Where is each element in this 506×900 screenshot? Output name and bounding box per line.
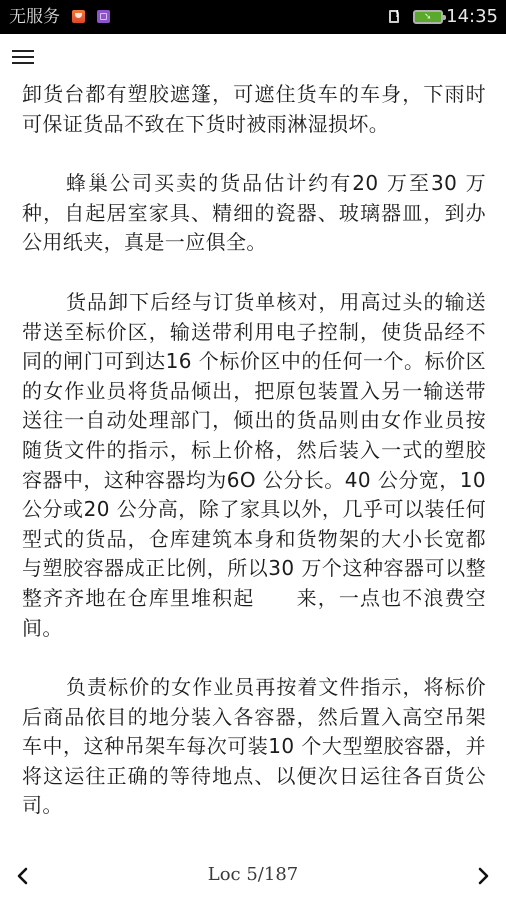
- clock: 14:35: [446, 6, 498, 28]
- charging-bolt-icon: ➘: [424, 13, 432, 22]
- location-indicator: Loc 5/187: [0, 864, 506, 886]
- sim-card-alert-icon: [389, 10, 399, 23]
- paragraph-4: 负责标价的女作业员再按着文件指示，将标价后商品依目的地分装入各容器，然后置入高空…: [22, 673, 486, 821]
- app-notification-icon-purple: [97, 10, 110, 23]
- paragraph-2: 蜂巢公司买卖的货品估计约有20 万至30 万种，自起居室家具、精细的瓷器、玻璃器…: [22, 169, 486, 258]
- status-bar: 无服务 ➘ 14:35: [0, 0, 506, 34]
- chevron-right-icon: [468, 861, 498, 891]
- paragraph-3: 货品卸下后经与订货单核对，用高过头的输送带送至标价区，输送带利用电子控制，使货品…: [22, 288, 486, 643]
- app-notification-icon-orange: [72, 10, 85, 23]
- battery-charging-icon: ➘: [413, 10, 443, 24]
- next-page-button[interactable]: [468, 861, 498, 891]
- reader-content: 卸货台都有塑胶遮篷，可遮住货车的车身，下雨时可保证货品不致在下货时被雨淋湿损坏。…: [22, 80, 486, 821]
- carrier-label: 无服务: [9, 6, 60, 28]
- menu-button[interactable]: [8, 44, 40, 72]
- reader-footer: Loc 5/187: [0, 855, 506, 895]
- paragraph-1: 卸货台都有塑胶遮篷，可遮住货车的车身，下雨时可保证货品不致在下货时被雨淋湿损坏。: [22, 80, 486, 139]
